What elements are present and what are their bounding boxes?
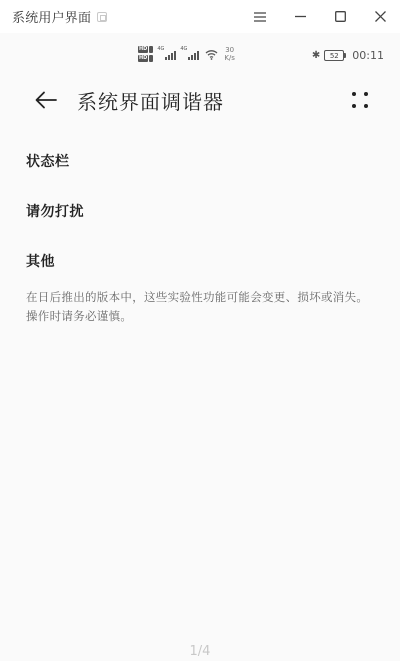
page-indicator: 1/4 xyxy=(0,644,400,659)
experimental-warning-text: 在日后推出的版本中，这些实验性功能可能会变更、损坏或消失。操作时请务必谨慎。 xyxy=(26,288,376,326)
phone-status-bar: HD HD 4G 4G xyxy=(0,40,400,72)
network-speed: 30 K/s xyxy=(224,46,235,62)
list-item-label: 其他 xyxy=(26,251,55,271)
close-icon xyxy=(375,11,386,22)
maximize-button[interactable] xyxy=(320,0,360,33)
battery-icon: 52 xyxy=(324,50,346,61)
minimize-icon xyxy=(295,11,306,22)
more-options-button[interactable] xyxy=(346,86,374,114)
maximize-icon xyxy=(335,11,346,22)
settings-list: 状态栏 请勿打扰 其他 xyxy=(0,136,400,286)
wifi-icon xyxy=(205,49,218,60)
list-item-status-bar[interactable]: 状态栏 xyxy=(0,136,400,186)
menu-button[interactable] xyxy=(240,0,280,33)
sim2-indicator: HD xyxy=(138,55,153,62)
window-titlebar[interactable]: 系统用户界面 xyxy=(0,0,400,33)
back-button[interactable] xyxy=(31,85,61,115)
hd-badge: HD xyxy=(138,55,148,62)
more-grid-icon xyxy=(352,92,356,96)
close-button[interactable] xyxy=(360,0,400,33)
signal-strength-icon: 4G xyxy=(181,48,199,60)
sim-card-icon xyxy=(149,46,153,53)
clock: 00:11 xyxy=(352,49,384,62)
hamburger-menu-icon xyxy=(254,12,266,22)
system-indicators: ✱ 52 00:11 xyxy=(312,49,384,62)
hd-badge: HD xyxy=(138,46,148,53)
list-item-other[interactable]: 其他 xyxy=(0,236,400,286)
bluetooth-icon: ✱ xyxy=(312,50,320,61)
sim1-indicator: HD xyxy=(138,46,153,53)
app-bar: 系统界面调谐器 xyxy=(0,80,400,120)
window-title: 系统用户界面 xyxy=(12,7,91,26)
window-controls xyxy=(240,0,400,33)
signal-strength-icon: 4G xyxy=(158,48,176,60)
list-item-label: 状态栏 xyxy=(26,151,70,171)
pin-window-icon[interactable] xyxy=(97,12,107,22)
list-item-do-not-disturb[interactable]: 请勿打扰 xyxy=(0,186,400,236)
arrow-left-icon xyxy=(35,91,57,109)
battery-level: 52 xyxy=(324,50,344,61)
network-indicators: HD HD 4G 4G xyxy=(138,46,235,62)
phone-mirror-window: 系统用户界面 HD HD xyxy=(0,0,400,661)
sim-card-icon xyxy=(149,55,153,62)
minimize-button[interactable] xyxy=(280,0,320,33)
sim-indicators: HD HD xyxy=(138,46,153,62)
page-title: 系统界面调谐器 xyxy=(77,86,224,115)
list-item-label: 请勿打扰 xyxy=(26,201,84,221)
